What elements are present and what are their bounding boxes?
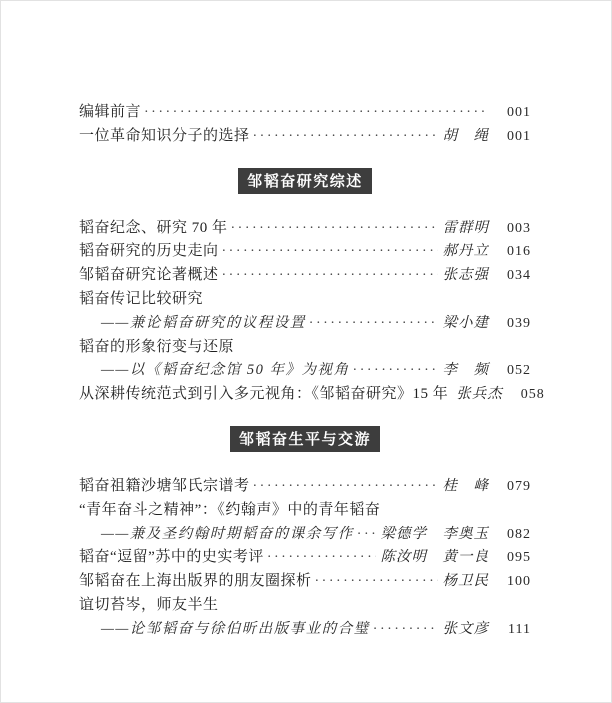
dot-leader <box>357 526 376 543</box>
entry-title: 韬奋“逗留”苏中的史实考评 <box>79 545 264 566</box>
entry-author: 张兵杰 <box>456 382 503 403</box>
entry-title: 从深耕传统范式到引入多元视角：《邹韬奋研究》15 年 <box>79 382 448 403</box>
entry-title: 邹韬奋研究论著概述 <box>79 263 219 284</box>
dot-leader <box>253 478 438 495</box>
entry-author: 李 频 <box>443 358 490 379</box>
entry-author: 胡 绳 <box>443 124 490 145</box>
toc: 编辑前言 001 一位革命知识分子的选择 胡 绳 001 邹韬奋研究综述 韬奋纪… <box>1 1 611 641</box>
entry-title: ——论邹韬奋与徐伯昕出版事业的合璧 <box>79 617 370 638</box>
toc-entry: ——以《韬奋纪念馆 50 年》为视角 李 频 052 <box>79 358 531 382</box>
entry-title: 谊切苔岑，师友半生 <box>79 593 219 614</box>
entry-title: 编辑前言 <box>79 100 141 121</box>
toc-entry: 韬奋纪念、研究 70 年 雷群明 003 <box>79 216 531 240</box>
toc-entry: 邹韬奋在上海出版界的朋友圈探析 杨卫民 100 <box>79 569 531 593</box>
toc-entry: 韬奋的形象衍变与还原 <box>79 335 531 359</box>
dot-leader <box>222 267 438 284</box>
dot-leader <box>253 128 438 145</box>
entry-author: 杨卫民 <box>443 569 490 590</box>
toc-entry: 谊切苔岑，师友半生 <box>79 593 531 617</box>
entry-title: ——兼论韬奋研究的议程设置 <box>79 311 306 332</box>
book-toc-page: 编辑前言 001 一位革命知识分子的选择 胡 绳 001 邹韬奋研究综述 韬奋纪… <box>0 0 612 703</box>
entry-page-number: 016 <box>501 244 531 260</box>
entry-title: 韬奋祖籍沙塘邹氏宗谱考 <box>79 474 250 495</box>
entry-author: 郝丹立 <box>443 239 490 260</box>
entry-title: 韬奋传记比较研究 <box>79 287 203 308</box>
entry-page-number: 111 <box>501 622 531 638</box>
toc-entry: 一位革命知识分子的选择 胡 绳 001 <box>79 124 531 148</box>
entry-page-number: 034 <box>501 268 531 284</box>
dot-leader <box>267 549 376 566</box>
entry-page-number: 082 <box>501 527 531 543</box>
toc-entry: 编辑前言 001 <box>79 100 531 124</box>
dot-leader <box>315 573 438 590</box>
entry-author: 陈汝明 黄一良 <box>381 545 490 566</box>
entry-page-number: 058 <box>515 387 545 403</box>
entry-title: 邹韬奋在上海出版界的朋友圈探析 <box>79 569 312 590</box>
dot-leader <box>222 243 438 260</box>
entry-title: 韬奋的形象衍变与还原 <box>79 335 234 356</box>
entry-page-number: 001 <box>501 105 531 121</box>
toc-entry: ——兼及圣约翰时期韬奋的课余写作 梁德学 李奥玉 082 <box>79 522 531 546</box>
section-header: 邹韬奋生平与交游 <box>230 426 380 452</box>
toc-entry: ——兼论韬奋研究的议程设置 梁小建 039 <box>79 311 531 335</box>
entry-page-number: 095 <box>501 550 531 566</box>
entry-title: ——以《韬奋纪念馆 50 年》为视角 <box>79 358 350 379</box>
entry-author: 雷群明 <box>443 216 490 237</box>
toc-entry: 韬奋祖籍沙塘邹氏宗谱考 桂 峰 079 <box>79 474 531 498</box>
entry-title: 韬奋纪念、研究 70 年 <box>79 216 228 237</box>
entry-author: 张文彦 <box>443 617 490 638</box>
entry-page-number: 052 <box>501 363 531 379</box>
dot-leader <box>309 315 438 332</box>
entry-page-number: 079 <box>501 479 531 495</box>
entry-page-number: 003 <box>501 221 531 237</box>
entry-title: 韬奋研究的历史走向 <box>79 239 219 260</box>
entry-author: 张志强 <box>443 263 490 284</box>
entry-page-number: 039 <box>501 316 531 332</box>
entry-author: 桂 峰 <box>443 474 490 495</box>
section-header-wrap: 邹韬奋生平与交游 <box>79 426 531 452</box>
section-header-wrap: 邹韬奋研究综述 <box>79 168 531 194</box>
toc-entry: “青年奋斗之精神”：《约翰声》中的青年韬奋 <box>79 498 531 522</box>
toc-entry: 从深耕传统范式到引入多元视角：《邹韬奋研究》15 年 张兵杰 058 <box>79 382 531 406</box>
entry-author: 梁德学 李奥玉 <box>381 522 490 543</box>
toc-entry: 韬奋“逗留”苏中的史实考评 陈汝明 黄一良 095 <box>79 545 531 569</box>
toc-entry: 邹韬奋研究论著概述 张志强 034 <box>79 263 531 287</box>
section-header: 邹韬奋研究综述 <box>238 168 372 194</box>
entry-title: ——兼及圣约翰时期韬奋的课余写作 <box>79 522 354 543</box>
toc-entry: ——论邹韬奋与徐伯昕出版事业的合璧 张文彦 111 <box>79 617 531 641</box>
toc-entry: 韬奋传记比较研究 <box>79 287 531 311</box>
entry-title: 一位革命知识分子的选择 <box>79 124 250 145</box>
entry-page-number: 001 <box>501 129 531 145</box>
dot-leader <box>231 220 438 237</box>
entry-title: “青年奋斗之精神”：《约翰声》中的青年韬奋 <box>79 498 380 519</box>
entry-page-number: 100 <box>501 574 531 590</box>
entry-author: 梁小建 <box>443 311 490 332</box>
dot-leader <box>353 362 438 379</box>
dot-leader <box>144 104 488 121</box>
toc-entry: 韬奋研究的历史走向 郝丹立 016 <box>79 239 531 263</box>
dot-leader <box>373 621 438 638</box>
